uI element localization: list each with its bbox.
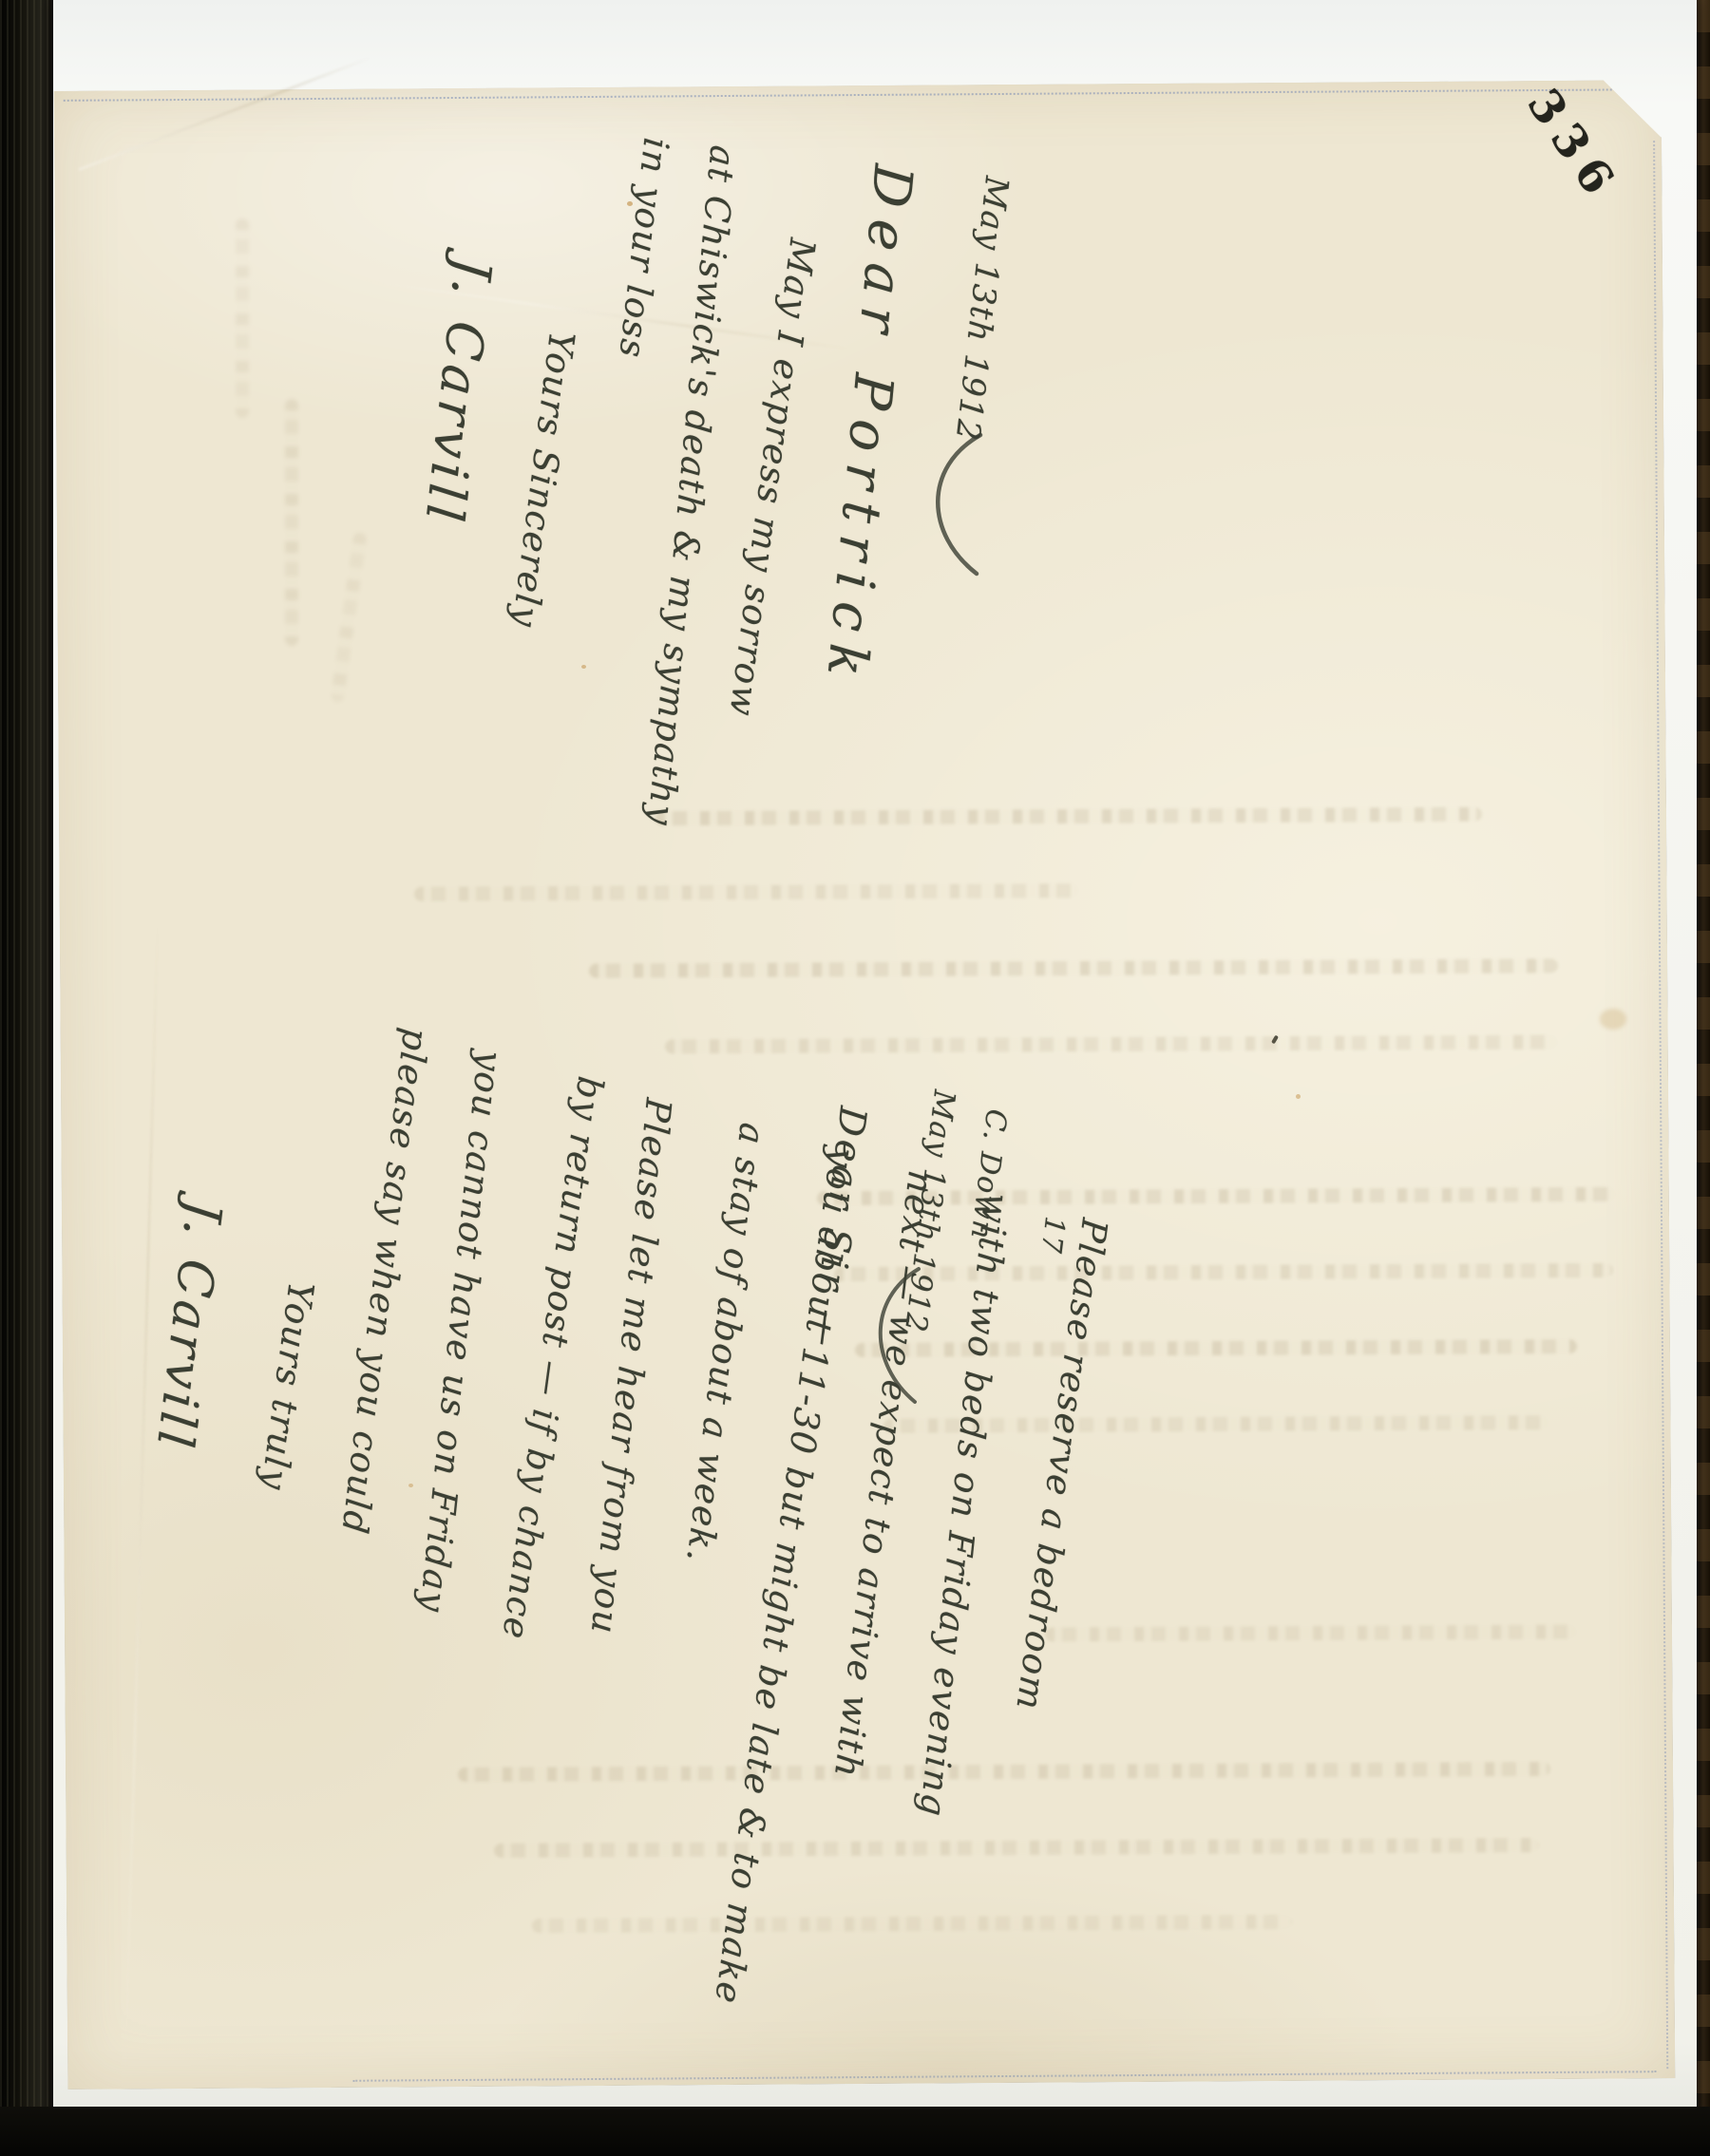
paper-stain [1600,1009,1626,1030]
letter-two: Please reserve a bedroom with two beds o… [45,1103,1132,2109]
ghost-writing-stroke [285,399,298,646]
pen-flourish [914,429,999,581]
edge-dotted-line-top [64,88,1616,101]
ghost-writing-stroke [236,218,249,418]
ghost-writing-line [1045,1625,1577,1642]
book-bottom-edge [0,2107,1710,2156]
scanned-letterbook-page: { "page": { "number": "336", "paper_colo… [0,0,1710,2156]
ink-speck [1296,1094,1301,1099]
book-right-binding-edge [1695,0,1710,2156]
book-left-binding-edge [0,0,57,2156]
